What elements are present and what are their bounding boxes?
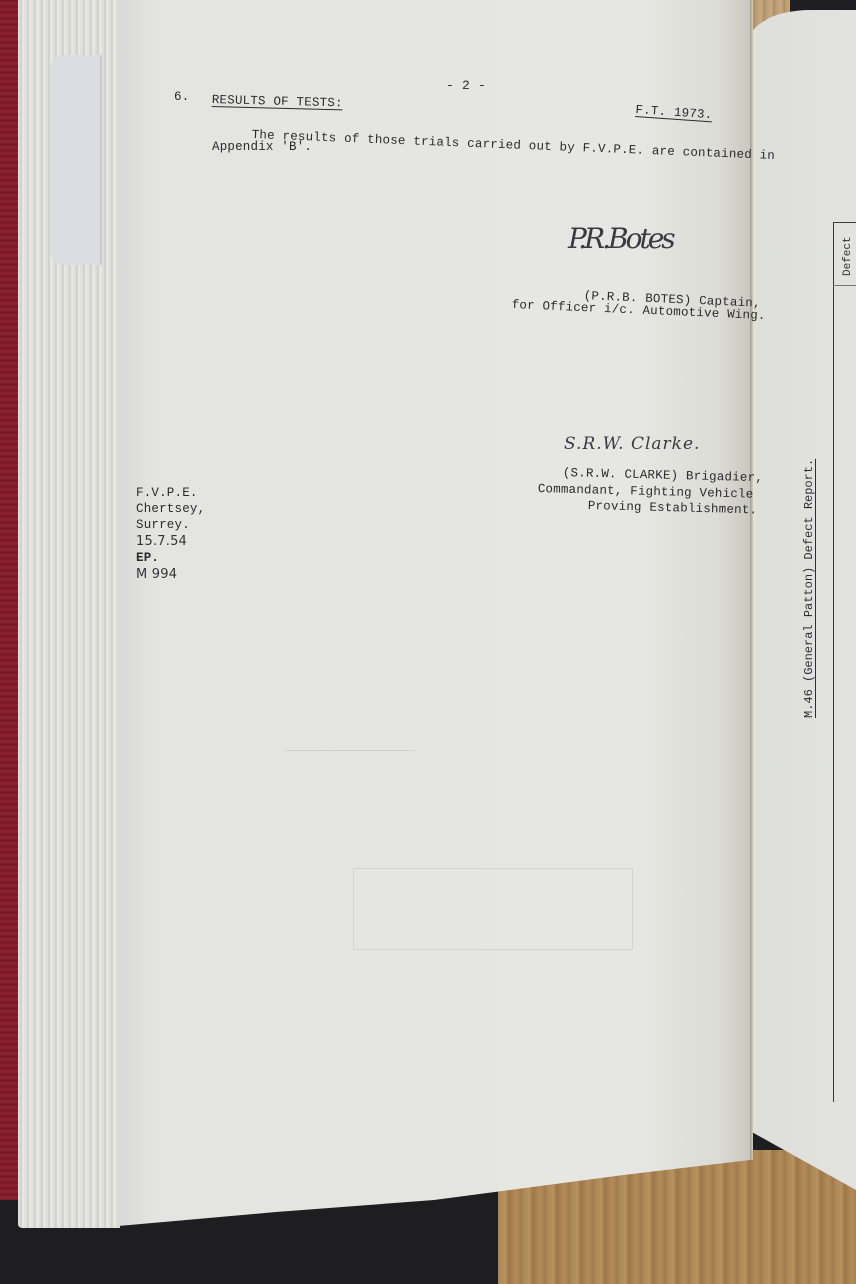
facing-page-vertical-title: M.46 (General Patton) Defect Report.	[802, 459, 816, 718]
signature-botes: P.R.Botes	[568, 222, 673, 255]
show-through-table-faint	[290, 560, 710, 781]
facing-page-table-border-top	[833, 222, 856, 223]
facing-page-table-row-line	[833, 285, 856, 286]
file-reference: M 994	[136, 567, 177, 582]
page-number: - 2 -	[446, 78, 486, 93]
typist-initials: EP.	[136, 551, 159, 565]
address-line-2: Chertsey,	[136, 502, 205, 516]
address-line-1: F.V.P.E.	[136, 486, 198, 500]
facing-page-column-header: Defect	[842, 236, 854, 276]
signature-clarke: S.R.W. Clarke.	[564, 434, 700, 454]
facing-page-table-border-left	[833, 222, 834, 1102]
section-body-line-2: Appendix 'B'.	[212, 140, 312, 154]
show-through-box	[353, 868, 633, 950]
section-number: 6.	[174, 90, 189, 104]
document-date: 15.7.54	[136, 534, 187, 549]
address-line-3: Surrey.	[136, 518, 190, 532]
show-through-rule	[285, 750, 415, 751]
index-tab	[50, 55, 102, 265]
